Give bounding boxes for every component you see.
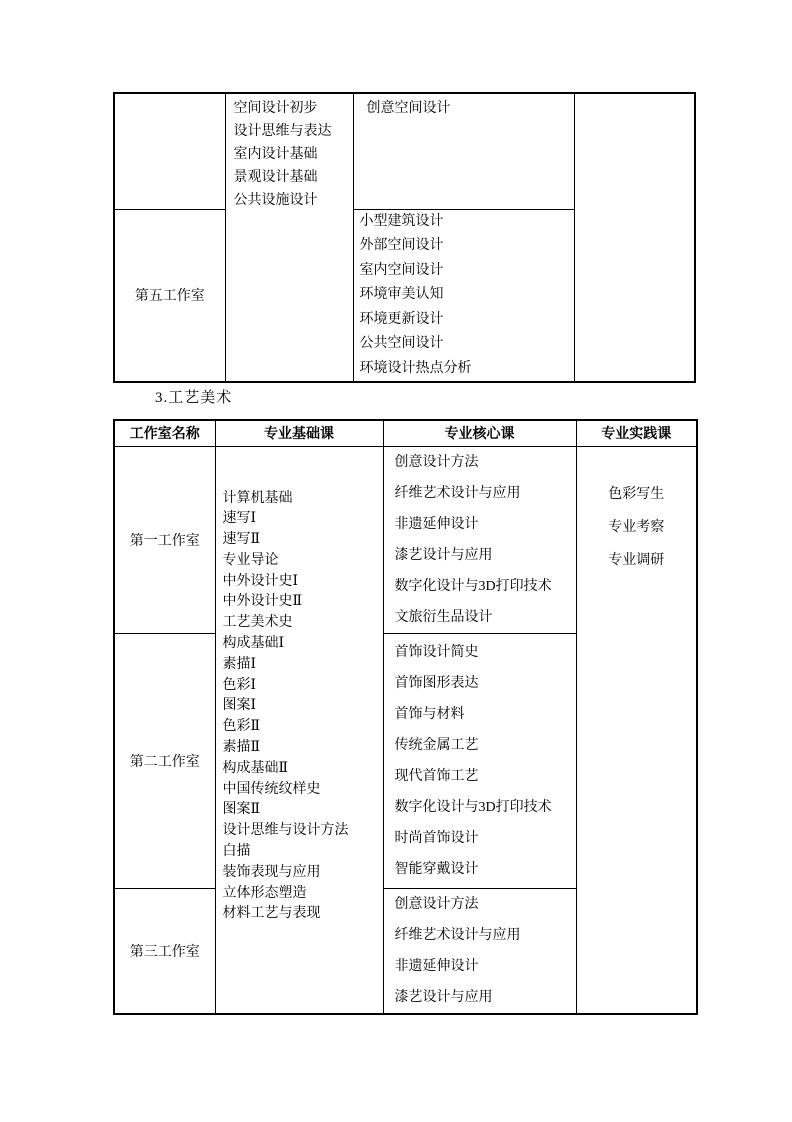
course-item: 智能穿戴设计: [395, 854, 576, 885]
course-item: 图案Ⅰ: [223, 696, 383, 717]
course-item: 室内空间设计: [360, 259, 574, 284]
course-item: 色彩Ⅱ: [223, 717, 383, 738]
workshop-name-cell: 第一工作室: [114, 446, 215, 633]
workshop-name-cell: 第三工作室: [114, 888, 215, 1014]
header-workshop-name: 工作室名称: [114, 420, 215, 446]
course-item: 设计思维与表达: [234, 120, 353, 143]
core-courses-cell: 创意设计方法纤维艺术设计与应用非遗延伸设计漆艺设计与应用数字化设计与3D打印技术…: [383, 446, 576, 633]
course-item: 室内设计基础: [234, 143, 353, 166]
core-courses-cell: 小型建筑设计外部空间设计室内空间设计环境审美认知环境更新设计公共空间设计环境设计…: [353, 209, 574, 382]
practice-courses-cell-empty: [574, 93, 695, 382]
course-item: 文旅衍生品设计: [395, 602, 576, 633]
core-courses-cell: 首饰设计简史首饰图形表达首饰与材料传统金属工艺现代首饰工艺数字化设计与3D打印技…: [383, 633, 576, 888]
course-item: 小型建筑设计: [360, 210, 574, 235]
course-item: 环境审美认知: [360, 283, 574, 308]
course-item: 装饰表现与应用: [223, 863, 383, 884]
header-basic-courses: 专业基础课: [215, 420, 383, 446]
course-item: 漆艺设计与应用: [395, 540, 576, 571]
course-item: 空间设计初步: [234, 97, 353, 120]
document-page: 空间设计初步设计思维与表达室内设计基础景观设计基础公共设施设计 创意空间设计 第…: [0, 0, 792, 1122]
course-item: 环境更新设计: [360, 308, 574, 333]
course-item: 创意设计方法: [395, 889, 576, 920]
course-item: 公共设施设计: [234, 189, 353, 212]
course-item: 图案Ⅱ: [223, 800, 383, 821]
course-item: 专业考察: [577, 511, 697, 544]
course-item: 速写Ⅱ: [223, 530, 383, 551]
course-item: 非遗延伸设计: [395, 951, 576, 982]
course-item: 白描: [223, 842, 383, 863]
course-item: 中国传统纹样史: [223, 780, 383, 801]
course-item: 数字化设计与3D打印技术: [395, 571, 576, 602]
course-item: 公共空间设计: [360, 332, 574, 357]
workshop-name-cell: 第二工作室: [114, 633, 215, 888]
course-item: 外部空间设计: [360, 234, 574, 259]
course-item: 素描Ⅰ: [223, 655, 383, 676]
course-item: 色彩写生: [577, 478, 697, 511]
header-practice-courses: 专业实践课: [576, 420, 697, 446]
course-item: 色彩Ⅰ: [223, 676, 383, 697]
course-item: 景观设计基础: [234, 166, 353, 189]
course-item: 立体形态塑造: [223, 884, 383, 905]
course-item: 素描Ⅱ: [223, 738, 383, 759]
course-item: 计算机基础: [223, 489, 383, 510]
course-item: 首饰图形表达: [395, 668, 576, 699]
course-item: 现代首饰工艺: [395, 761, 576, 792]
course-item: 速写Ⅰ: [223, 509, 383, 530]
core-courses-cell: 创意设计方法纤维艺术设计与应用非遗延伸设计漆艺设计与应用: [383, 888, 576, 1014]
course-item: 设计思维与设计方法: [223, 821, 383, 842]
course-item: 创意设计方法: [395, 447, 576, 478]
course-item: 环境设计热点分析: [360, 357, 574, 382]
section-heading: 3.工艺美术: [155, 389, 232, 407]
course-item: 构成基础Ⅰ: [223, 634, 383, 655]
course-item: 材料工艺与表现: [223, 904, 383, 925]
course-item: 非遗延伸设计: [395, 509, 576, 540]
course-item: 中外设计史Ⅱ: [223, 592, 383, 613]
course-item: 纤维艺术设计与应用: [395, 920, 576, 951]
course-item: 专业调研: [577, 544, 697, 577]
course-item: 创意空间设计: [367, 97, 574, 120]
course-item: 中外设计史Ⅰ: [223, 572, 383, 593]
header-core-courses: 专业核心课: [383, 420, 576, 446]
course-item: 首饰与材料: [395, 699, 576, 730]
workshop-name-cell-empty: [114, 93, 225, 209]
course-item: 漆艺设计与应用: [395, 982, 576, 1013]
basic-courses-cell: 空间设计初步设计思维与表达室内设计基础景观设计基础公共设施设计: [225, 93, 353, 382]
course-item: 时尚首饰设计: [395, 823, 576, 854]
core-courses-cell: 创意空间设计: [353, 93, 574, 209]
practice-courses-cell: 色彩写生专业考察专业调研: [576, 446, 697, 1014]
basic-courses-cell: 计算机基础速写Ⅰ速写Ⅱ专业导论中外设计史Ⅰ中外设计史Ⅱ工艺美术史构成基础Ⅰ素描Ⅰ…: [215, 446, 383, 1014]
course-item: 传统金属工艺: [395, 730, 576, 761]
course-item: 工艺美术史: [223, 613, 383, 634]
table-arts-and-crafts: 工作室名称 专业基础课 专业核心课 专业实践课 第一工作室 计算机基础速写Ⅰ速写…: [113, 419, 698, 1015]
course-item: 构成基础Ⅱ: [223, 759, 383, 780]
course-item: 首饰设计简史: [395, 637, 576, 668]
course-item: 专业导论: [223, 551, 383, 572]
course-item: 纤维艺术设计与应用: [395, 478, 576, 509]
course-item: 数字化设计与3D打印技术: [395, 792, 576, 823]
workshop-name-cell: 第五工作室: [114, 209, 225, 382]
table-environment-design: 空间设计初步设计思维与表达室内设计基础景观设计基础公共设施设计 创意空间设计 第…: [113, 92, 696, 383]
